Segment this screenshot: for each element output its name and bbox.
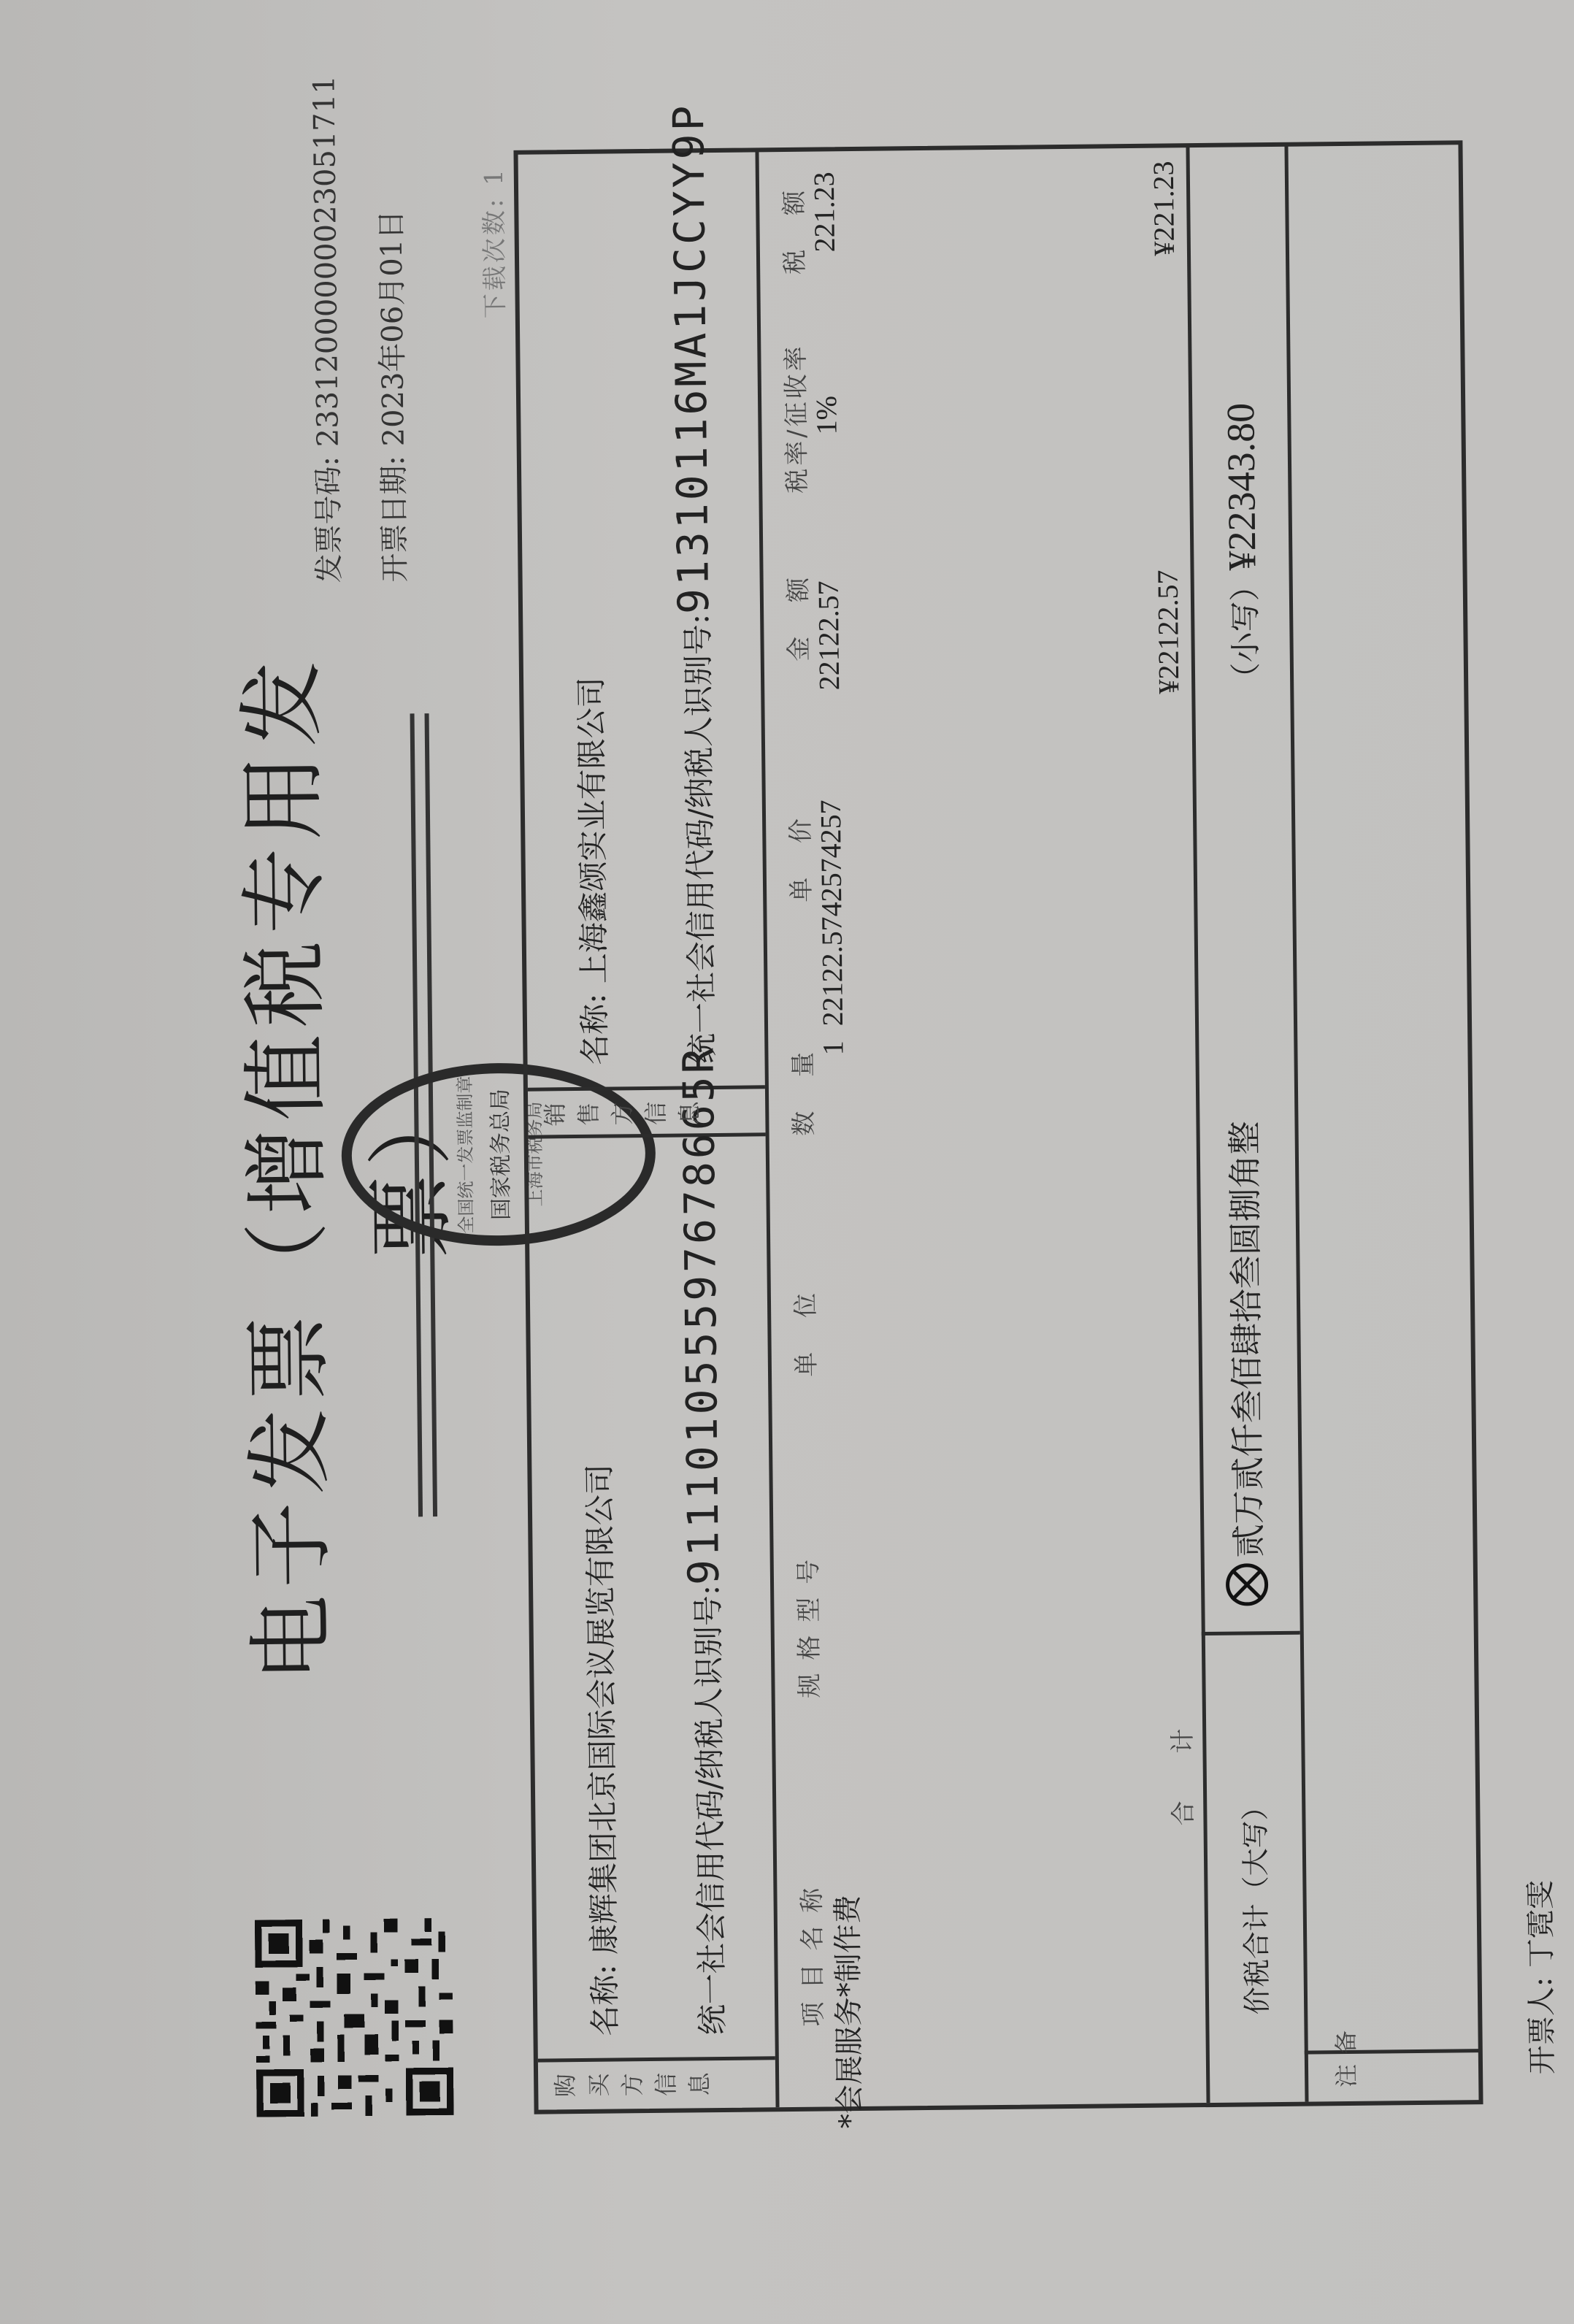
seller-name-label: 名称:: [577, 993, 613, 1065]
download-count-value: 1: [480, 166, 509, 185]
col-header-unit: 单 位: [786, 1280, 822, 1377]
table-row: *会展服务*制作费 1 22122.5742574257 22122.57 1%…: [806, 150, 870, 2106]
invoice-sheet: 电子发票（增值税专用发票） 全国统一发票监制章 国家税务总局 上海市税务局 发票…: [82, 60, 1492, 2265]
totals-amount: ¥22122.57: [1151, 570, 1186, 694]
title-paren-open: （: [237, 1213, 339, 1308]
invoice-number-label: 发票号码:: [312, 456, 347, 583]
col-header-unit-price: 单 价: [780, 805, 817, 902]
invoice-number-value: 23312000000023051711: [307, 75, 345, 447]
col-header-tax: 税 额: [774, 177, 810, 275]
seller-tax-id-value: 91310116MA1JCCYY9P: [664, 102, 718, 614]
buyer-name-label: 名称:: [586, 1964, 623, 2036]
divider: [529, 1132, 766, 1138]
qr-code: [255, 1918, 454, 2117]
grand-total-small-label: （小写）: [1229, 570, 1264, 693]
issue-date-label: 开票日期:: [377, 456, 412, 583]
grand-total-label: 价税合计（大写）: [1232, 1792, 1275, 2015]
divider: [528, 1085, 765, 1091]
divider: [1202, 1631, 1300, 1635]
seller-section-label: 销售方信息: [542, 1097, 754, 1132]
grand-total-words: 贰万贰仟叁佰肆拾叁圆捌角整: [1218, 1121, 1271, 1606]
seller-tax-id-label: 统一社会信用代码/纳税人识别号:: [680, 614, 720, 1065]
buyer-section-label: 购买方信息: [553, 2068, 764, 2104]
stamp-top-text: 全国统一发票监制章: [450, 1075, 477, 1233]
col-header-name: 项目名称: [791, 1874, 829, 2027]
buyer-name-value: 康辉集团北京国际会议展览有限公司: [581, 1464, 622, 1955]
item-tax-rate: 1%: [809, 396, 844, 435]
col-header-tax-rate: 税率/征收率: [775, 343, 813, 494]
issuer-label: 开票人:: [1525, 1977, 1559, 2075]
remarks-label: 备 注: [1333, 2025, 1458, 2094]
seller-name: 名称: 上海鑫颂实业有限公司: [567, 677, 615, 1065]
divider: [1284, 145, 1308, 2102]
divider: [538, 2056, 775, 2062]
buyer-tax-id-label: 统一社会信用代码/纳税人识别号:: [690, 1585, 730, 2036]
seller-tax-id: 统一社会信用代码/纳税人识别号:91310116MA1JCCYY9P: [664, 102, 723, 1064]
buyer-name: 名称: 康辉集团北京国际会议展览有限公司: [575, 1464, 625, 2036]
download-count: 下载次数: 1: [474, 166, 511, 318]
issuer-name: 丁霓雯: [1524, 1880, 1558, 1968]
issue-date-value: 2023年06月01日: [375, 210, 410, 447]
item-tax: 221.23: [807, 172, 842, 252]
stamp-middle-text: 国家税务总局: [482, 1089, 515, 1220]
item-amount: 22122.57: [811, 580, 847, 690]
item-name: *会展服务*制作费: [825, 1895, 869, 2129]
buyer-tax-id: 统一社会信用代码/纳税人识别号:911101055597678665R: [673, 1045, 733, 2035]
totals-label: 合 计: [1162, 1728, 1199, 1825]
totals-tax: ¥221.23: [1146, 161, 1181, 256]
grand-total-small: （小写）¥22343.80: [1218, 403, 1266, 694]
invoice-table: 购买方信息 名称: 康辉集团北京国际会议展览有限公司 统一社会信用代码/纳税人识…: [513, 140, 1483, 2114]
issue-date: 开票日期: 2023年06月01日: [368, 210, 413, 583]
invoice-number: 发票号码: 23312000000023051711: [301, 75, 348, 583]
divider: [755, 150, 779, 2107]
download-count-label: 下载次数:: [480, 196, 510, 318]
currency-cross-icon: [1226, 1563, 1269, 1606]
grand-total-words-value: 贰万贰仟叁佰肆拾叁圆捌角整: [1218, 1121, 1270, 1558]
grand-total-small-value: ¥22343.80: [1218, 403, 1264, 571]
item-unit-price: 22122.5742574257: [813, 799, 850, 1026]
item-quantity: 1: [815, 1040, 850, 1055]
col-header-quantity: 数 量: [783, 1039, 819, 1136]
col-header-amount: 金 额: [778, 564, 814, 661]
seller-name-value: 上海鑫颂实业有限公司: [573, 677, 612, 984]
col-header-spec: 规格型号: [788, 1546, 826, 1699]
issuer: 开票人: 丁霓雯: [1517, 1880, 1561, 2075]
title-part1: 电子发票: [238, 1307, 342, 1681]
